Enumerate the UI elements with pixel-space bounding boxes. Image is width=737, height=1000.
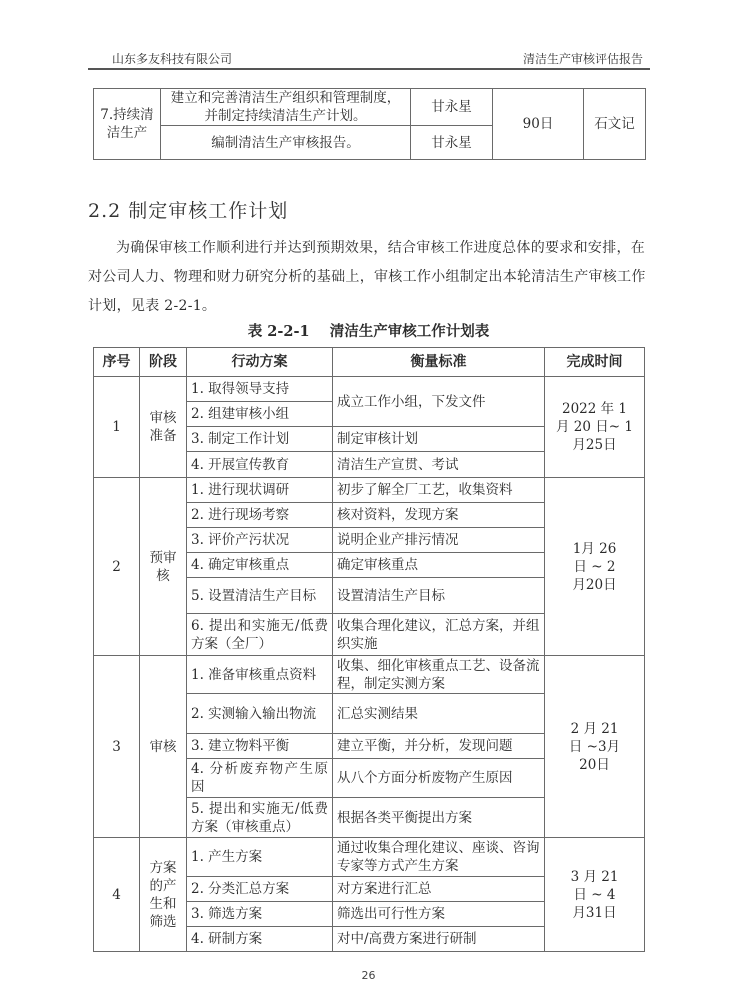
row-standard: 筛选出可行性方案 (333, 902, 545, 927)
row-action: 5. 提出和实施无/低费方案（审核重点） (187, 798, 333, 838)
continued-table: 7.持续清洁生产 建立和完善清洁生产组织和管理制度，并制定持续清洁生产计划。 甘… (93, 88, 646, 160)
row-action: 4. 确定审核重点 (187, 553, 333, 578)
task-cell: 编制清洁生产审核报告。 (161, 126, 411, 160)
row-action: 4. 研制方案 (187, 927, 333, 952)
row-stage: 审核准备 (140, 377, 187, 478)
row-standard: 确定审核重点 (333, 553, 545, 578)
row-standard: 成立工作小组，下发文件 (333, 377, 545, 427)
row-no: 1 (94, 377, 140, 478)
row-action: 2. 组建审核小组 (187, 402, 333, 427)
row-time: 2 月 21 日 ~3月20日 (545, 656, 645, 838)
row-standard: 汇总实测结果 (333, 694, 545, 734)
table-row: 1 审核准备 1. 取得领导支持 成立工作小组，下发文件 2022 年 1 月 … (94, 377, 645, 402)
row-no: 4 (94, 838, 140, 952)
row-action: 2. 分类汇总方案 (187, 877, 333, 902)
duration-cell: 90日 (493, 89, 584, 160)
audit-plan-table: 序号 阶段 行动方案 衡量标准 完成时间 1 审核准备 1. 取得领导支持 成立… (93, 347, 645, 952)
header-report-title: 清洁生产审核评估报告 (523, 50, 643, 67)
row-standard: 说明企业产排污情况 (333, 528, 545, 553)
col-header-action: 行动方案 (187, 348, 333, 377)
col-header-no: 序号 (94, 348, 140, 377)
row-standard: 设置清洁生产目标 (333, 578, 545, 614)
row-standard: 根据各类平衡提出方案 (333, 798, 545, 838)
table-header-row: 序号 阶段 行动方案 衡量标准 完成时间 (94, 348, 645, 377)
row-standard: 核对资料，发现方案 (333, 503, 545, 528)
intro-paragraph: 为确保审核工作顺利进行并达到预期效果，结合审核工作进度总体的要求和安排，在对公司… (88, 234, 648, 321)
row-action: 3. 评价产污状况 (187, 528, 333, 553)
row-action: 4. 分析废弃物产生原因 (187, 759, 333, 798)
row-standard: 建立平衡，并分析，发现问题 (333, 734, 545, 759)
row-standard: 通过收集合理化建议、座谈、咨询专家等方式产生方案 (333, 838, 545, 877)
row-no: 2 (94, 478, 140, 656)
table-row: 4 方案的产生和筛选 1. 产生方案 通过收集合理化建议、座谈、咨询专家等方式产… (94, 838, 645, 877)
row-standard: 收集合理化建议，汇总方案，并组织实施 (333, 614, 545, 656)
header-divider (88, 68, 650, 70)
table-row: 3 审核 1. 准备审核重点资料 收集、细化审核重点工艺、设备流程，制定实测方案… (94, 656, 645, 694)
row-standard: 制定审核计划 (333, 427, 545, 452)
row-action: 3. 建立物料平衡 (187, 734, 333, 759)
row-action: 1. 取得领导支持 (187, 377, 333, 402)
row-action: 5. 设置清洁生产目标 (187, 578, 333, 614)
row-standard: 对中/高费方案进行研制 (333, 927, 545, 952)
row-action: 6. 提出和实施无/低费方案（全厂） (187, 614, 333, 656)
task-cell: 建立和完善清洁生产组织和管理制度，并制定持续清洁生产计划。 (161, 89, 411, 126)
row-standard: 对方案进行汇总 (333, 877, 545, 902)
header-company: 山东多友科技有限公司 (112, 50, 232, 67)
row-standard: 收集、细化审核重点工艺、设备流程，制定实测方案 (333, 656, 545, 694)
row-standard: 从八个方面分析废物产生原因 (333, 759, 545, 798)
row-action: 4. 开展宣传教育 (187, 452, 333, 478)
row-action: 3. 制定工作计划 (187, 427, 333, 452)
table-caption: 表 2-2-1 清洁生产审核工作计划表 (0, 320, 737, 341)
row-standard: 清洁生产宣贯、考试 (333, 452, 545, 478)
col-header-time: 完成时间 (545, 348, 645, 377)
row-time: 2022 年 1 月 20 日~ 1月25日 (545, 377, 645, 478)
row-action: 2. 实测输入输出物流 (187, 694, 333, 734)
row-stage: 审核 (140, 656, 187, 838)
row-standard: 初步了解全厂工艺，收集资料 (333, 478, 545, 503)
row-time: 3 月 21 日 ~ 4月31日 (545, 838, 645, 952)
person-cell: 甘永星 (411, 126, 493, 160)
row-stage: 预审核 (140, 478, 187, 656)
row-action: 1. 准备审核重点资料 (187, 656, 333, 694)
col-header-stage: 阶段 (140, 348, 187, 377)
recorder-cell: 石文记 (584, 89, 646, 160)
row-action: 1. 产生方案 (187, 838, 333, 877)
page-number: 26 (0, 969, 737, 982)
row-action: 3. 筛选方案 (187, 902, 333, 927)
row-action: 2. 进行现场考察 (187, 503, 333, 528)
row-stage: 方案的产生和筛选 (140, 838, 187, 952)
person-cell: 甘永星 (411, 89, 493, 126)
row-action: 1. 进行现状调研 (187, 478, 333, 503)
col-header-standard: 衡量标准 (333, 348, 545, 377)
row-time: 1月 26 日 ~ 2月20日 (545, 478, 645, 656)
row-no: 3 (94, 656, 140, 838)
section-title: 2.2 制定审核工作计划 (88, 196, 288, 223)
table-row: 2 预审核 1. 进行现状调研 初步了解全厂工艺，收集资料 1月 26 日 ~ … (94, 478, 645, 503)
stage-cell: 7.持续清洁生产 (94, 89, 161, 160)
